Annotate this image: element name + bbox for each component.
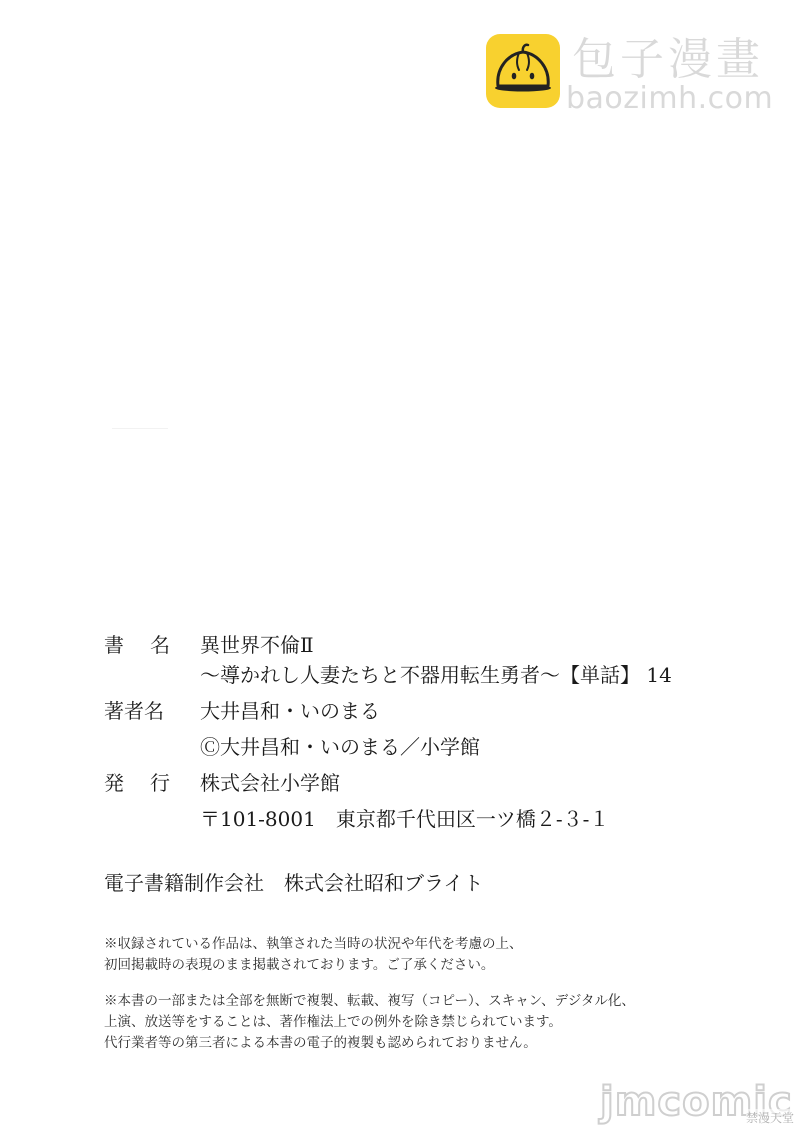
address-row: 〒101‐8001 東京都千代田区一ツ橋２‐３‐１ <box>104 804 764 840</box>
ebook-producer: 電子書籍制作会社 株式会社昭和ブライト <box>104 868 483 898</box>
title-line-2: ～導かれし人妻たちと不器用転生勇者～【単話】 14 <box>200 660 672 690</box>
author-value: 大井昌和・いのまる <box>200 696 380 726</box>
author-label: 著者名 <box>104 696 200 726</box>
notice-content-disclaimer: ※収録されている作品は、執筆された当時の状況や年代を考慮の上、 初回掲載時の表現… <box>104 934 523 976</box>
title-value: 異世界不倫Ⅱ ～導かれし人妻たちと不器用転生勇者～【単話】 14 <box>200 630 672 690</box>
title-row: 書名 異世界不倫Ⅱ ～導かれし人妻たちと不器用転生勇者～【単話】 14 <box>104 630 764 696</box>
title-line-1: 異世界不倫Ⅱ <box>200 630 672 660</box>
author-row: 著者名 大井昌和・いのまる <box>104 696 764 732</box>
copyright-row: Ⓒ大井昌和・いのまる／小学館 <box>104 732 764 768</box>
baozimh-watermark: 包子漫畫 baozimh.com <box>486 34 786 114</box>
divider <box>112 428 168 429</box>
jmcomic-sub-text: 禁漫天堂 <box>746 1109 794 1126</box>
publisher-label: 発行 <box>104 768 200 798</box>
watermark-site-url: baozimh.com <box>566 82 773 116</box>
copyright-value: Ⓒ大井昌和・いのまる／小学館 <box>200 732 480 762</box>
publisher-value: 株式会社小学館 <box>200 768 340 798</box>
notice-line: 代行業者等の第三者による本書の電子的複製も認められておりません。 <box>104 1033 635 1054</box>
publisher-address: 〒101‐8001 東京都千代田区一ツ橋２‐３‐１ <box>200 804 609 834</box>
jmcomic-watermark: jmcomic 禁漫天堂 <box>600 1080 800 1130</box>
notice-line: 上演、放送等をすることは、著作権法上での例外を除き禁じられています。 <box>104 1012 635 1033</box>
title-label: 書名 <box>104 630 200 660</box>
notice-line: 初回掲載時の表現のまま掲載されております。ご了承ください。 <box>104 955 523 976</box>
steamed-bun-icon <box>486 34 560 108</box>
watermark-site-name: 包子漫畫 <box>572 36 764 84</box>
notice-copyright: ※本書の一部または全部を無断で複製、転載、複写（コピー）、スキャン、デジタル化、… <box>104 991 635 1054</box>
notice-line: ※本書の一部または全部を無断で複製、転載、複写（コピー）、スキャン、デジタル化、 <box>104 991 635 1012</box>
notice-line: ※収録されている作品は、執筆された当時の状況や年代を考慮の上、 <box>104 934 523 955</box>
publisher-row: 発行 株式会社小学館 <box>104 768 764 804</box>
colophon: 書名 異世界不倫Ⅱ ～導かれし人妻たちと不器用転生勇者～【単話】 14 著者名 … <box>104 630 764 840</box>
